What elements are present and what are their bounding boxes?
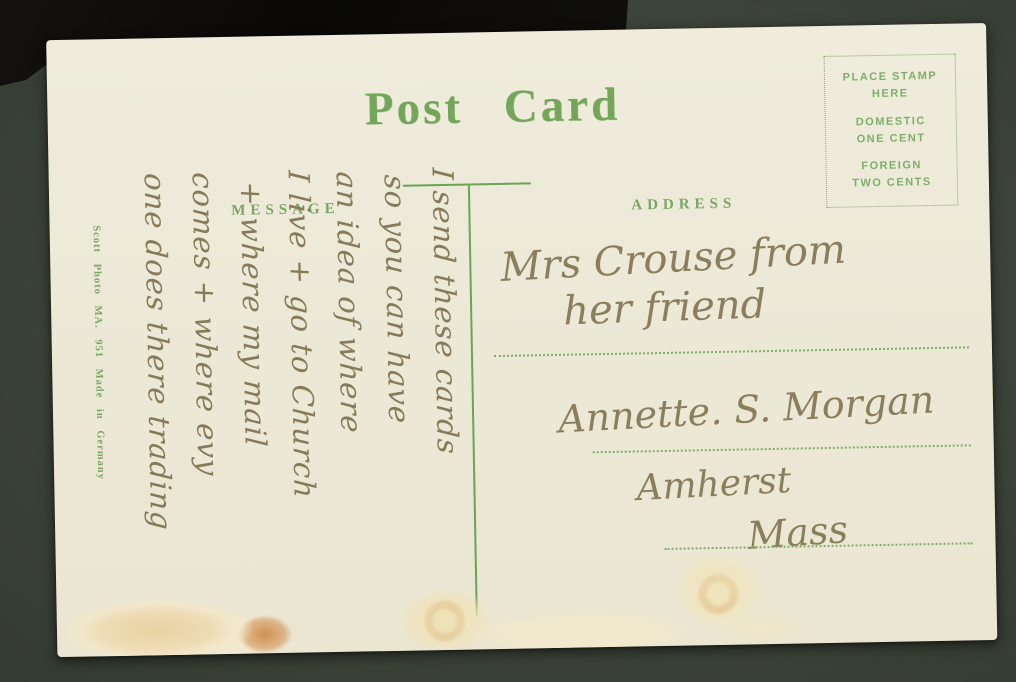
- address-ruled-line: [494, 346, 969, 357]
- message-line: I send these cards: [419, 167, 476, 649]
- message-line: so you can have: [371, 168, 428, 650]
- address-state-line: Mass: [746, 507, 849, 558]
- message-line: I live + go to Church: [275, 169, 332, 651]
- stamp-box-line: FOREIGN: [861, 159, 922, 176]
- address-name-line: Annette. S. Morgan: [557, 377, 935, 441]
- stamp-box-line: HERE: [872, 86, 909, 103]
- address-city-line: Amherst: [635, 460, 792, 509]
- address-relation-line: her friend: [562, 281, 767, 334]
- address-section-label: ADDRESS: [631, 196, 736, 215]
- stamp-box-line: TWO CENTS: [852, 175, 932, 192]
- stamp-box-line: PLACE STAMP: [843, 69, 938, 87]
- stamp-box: PLACE STAMP HERE DOMESTIC ONE CENT FOREI…: [824, 54, 959, 208]
- message-line: an idea of where: [323, 169, 380, 651]
- message-line: one does there trading: [131, 172, 188, 654]
- postcard: Post Card PLACE STAMP HERE DOMESTIC ONE …: [46, 23, 997, 657]
- message-line: comes + where evy: [179, 171, 236, 653]
- publisher-imprint: Scott Photo MA. 951 Made in Germany: [91, 225, 107, 480]
- message-line: + where my mail: [227, 170, 284, 652]
- postcard-title: Post Card: [277, 76, 708, 138]
- handwritten-message: I send these cards so you can have an id…: [122, 168, 476, 654]
- address-recipient-line: Mrs Crouse from: [499, 227, 847, 291]
- address-ruled-line: [593, 444, 971, 453]
- stamp-box-line: ONE CENT: [857, 131, 926, 148]
- stamp-box-line: DOMESTIC: [856, 114, 926, 131]
- photo-background: Post Card PLACE STAMP HERE DOMESTIC ONE …: [0, 0, 1016, 682]
